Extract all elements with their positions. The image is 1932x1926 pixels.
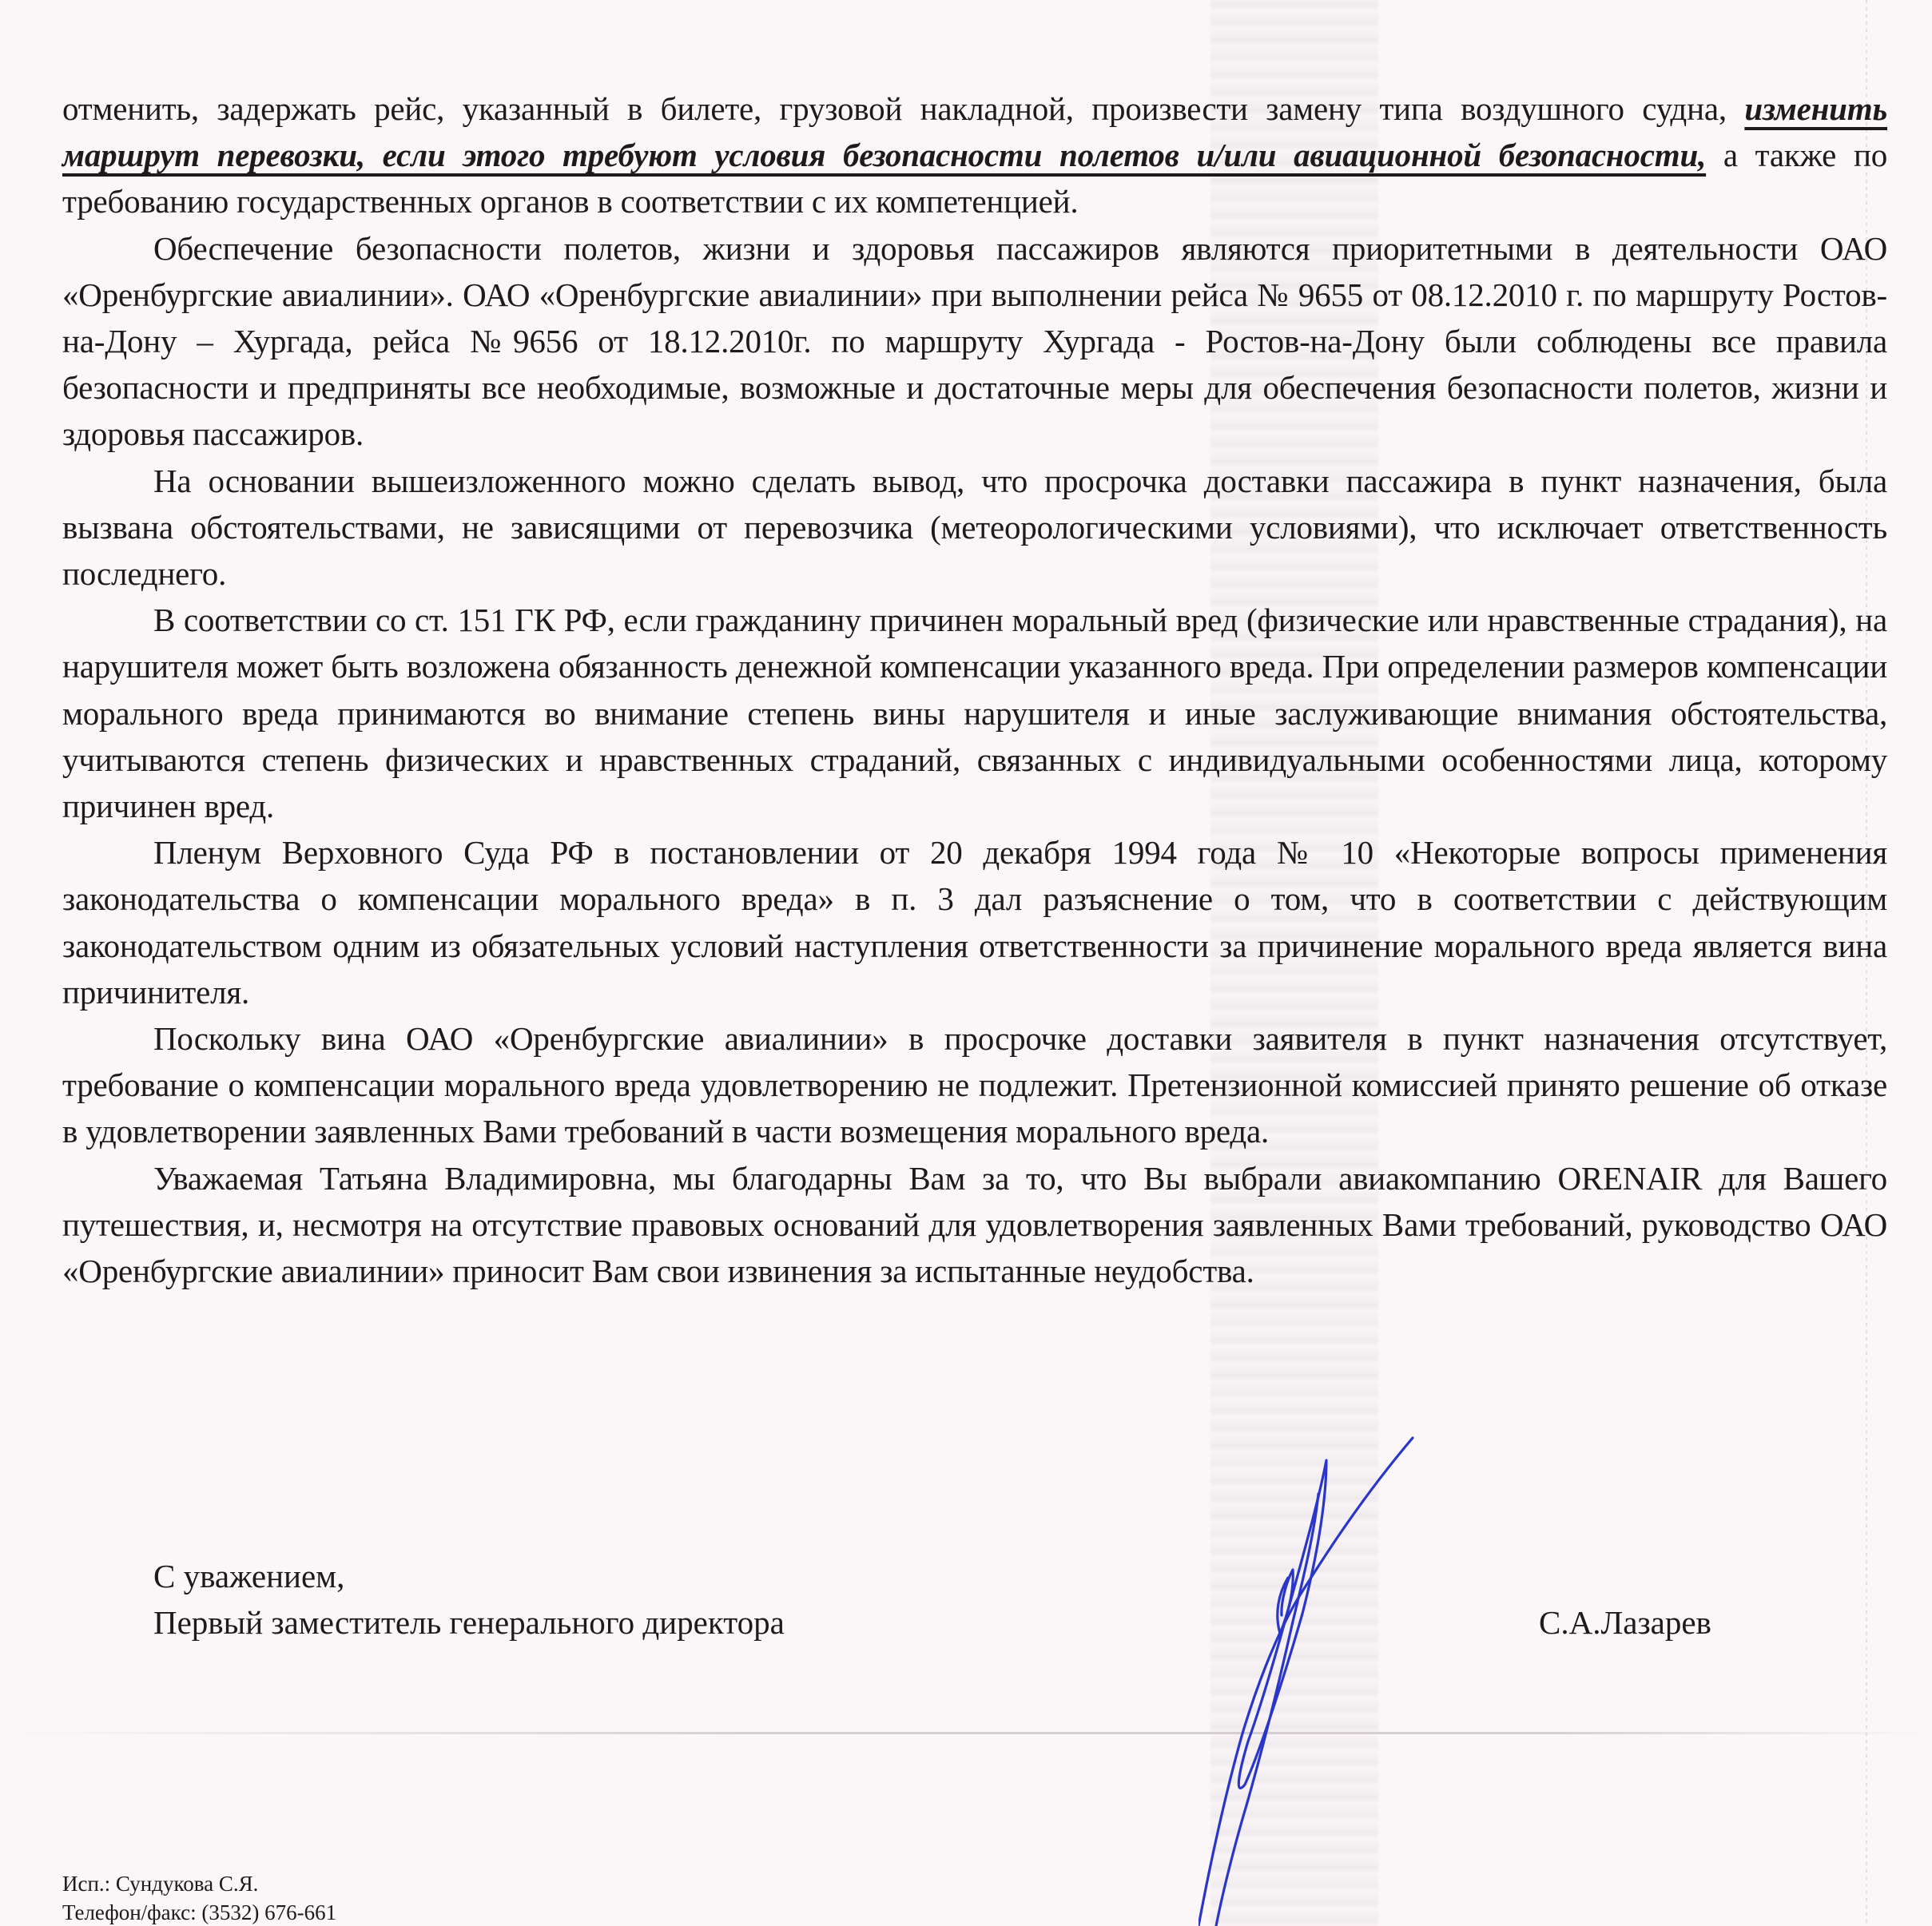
paragraph-2-flight-safety: Обеспечение безопасности полетов, жизни … (62, 225, 1887, 458)
letter-body: отменить, задержать рейс, указанный в би… (62, 85, 1887, 1294)
phone-line: Телефон/факс: (3532) 676-661 (62, 1898, 336, 1926)
executor-line: Исп.: Сундукова С.Я. (62, 1869, 336, 1898)
signer-name: С.А.Лазарев (1539, 1599, 1711, 1646)
paragraph-1: отменить, задержать рейс, указанный в би… (62, 85, 1887, 225)
letter-page: отменить, задержать рейс, указанный в би… (0, 0, 1932, 1926)
signer-position: Первый заместитель генерального директор… (153, 1599, 785, 1646)
closing-block: С уважением, Первый заместитель генераль… (153, 1553, 785, 1646)
footer-block: Исп.: Сундукова С.Я. Телефон/факс: (3532… (62, 1869, 336, 1926)
paragraph-5-supreme-court: Пленум Верховного Суда РФ в постановлени… (62, 829, 1887, 1015)
handwritten-signature-icon (1199, 1430, 1534, 1926)
paragraph-6-decision: Поскольку вина ОАО «Оренбургские авиалин… (62, 1015, 1887, 1155)
paragraph-3-conclusion: На основании вышеизложенного можно сдела… (62, 458, 1887, 598)
paper-fold-crease (0, 1732, 1932, 1734)
paragraph-1-part-1: отменить, задержать рейс, указанный в би… (62, 90, 1744, 127)
paragraph-7-apology: Уважаемая Татьяна Владимировна, мы благо… (62, 1155, 1887, 1295)
closing-salutation: С уважением, (153, 1553, 785, 1599)
paragraph-4-civil-code: В соответствии со ст. 151 ГК РФ, если гр… (62, 597, 1887, 829)
